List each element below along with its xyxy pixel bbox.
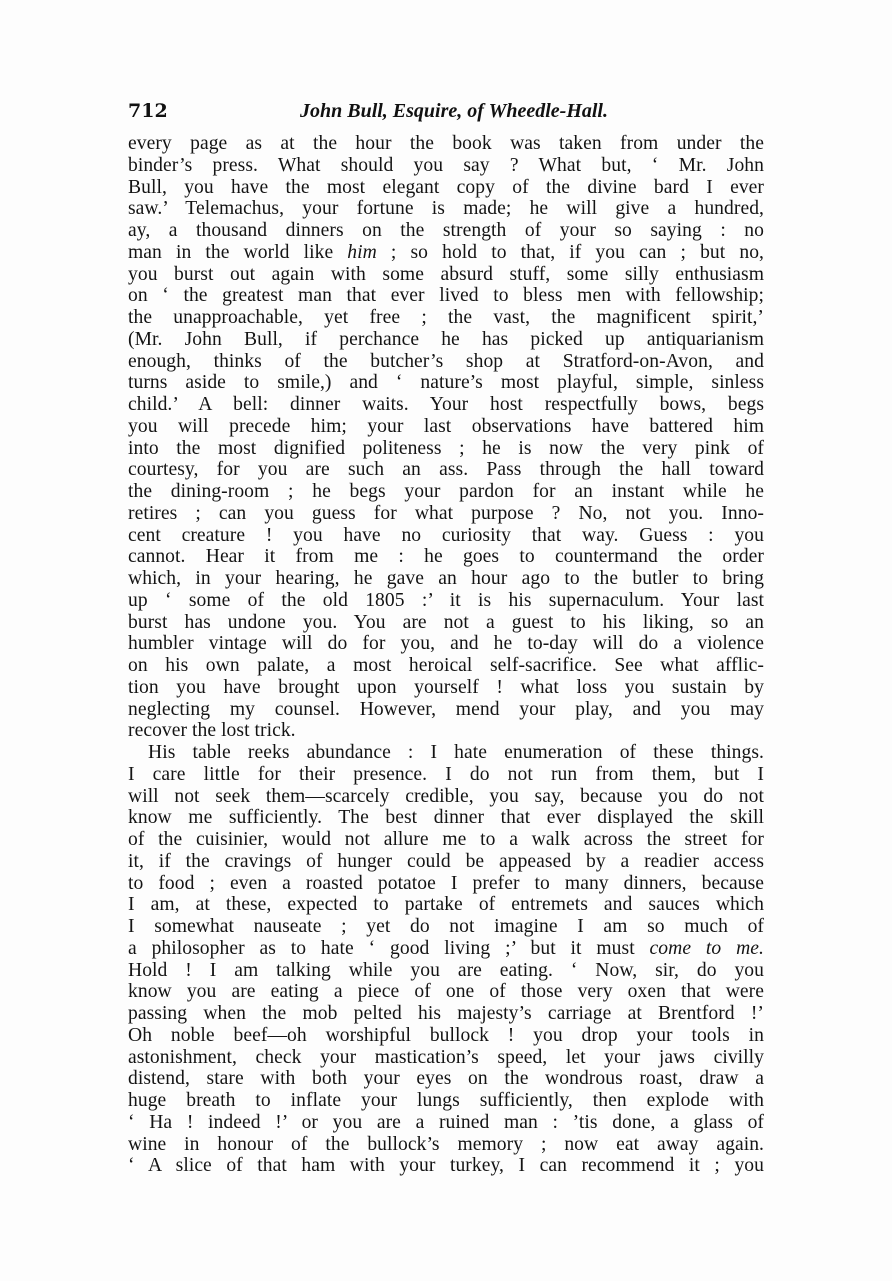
text-line: ‘ A slice of that ham with your turkey, … bbox=[128, 1155, 764, 1177]
text-line: turns aside to smile,) and ‘ nature’s mo… bbox=[128, 372, 764, 394]
text-line: on ‘ the greatest man that ever lived to… bbox=[128, 285, 764, 307]
text-line: neglecting my counsel. However, mend you… bbox=[128, 699, 764, 721]
text-line: humbler vintage will do for you, and he … bbox=[128, 633, 764, 655]
text-line: man in the world like him ; so hold to t… bbox=[128, 242, 764, 264]
text-line: huge breath to inflate your lungs suffic… bbox=[128, 1090, 764, 1112]
text-line: up ‘ some of the old 1805 :’ it is his s… bbox=[128, 590, 764, 612]
text-line: ay, a thousand dinners on the strength o… bbox=[128, 220, 764, 242]
text-line: passing when the mob pelted his majesty’… bbox=[128, 1003, 764, 1025]
text-line: the dining-room ; he begs your pardon fo… bbox=[128, 481, 764, 503]
italic-emphasis: come to me. bbox=[650, 938, 764, 959]
text-line: cannot. Hear it from me : he goes to cou… bbox=[128, 546, 764, 568]
text-line: every page as at the hour the book was t… bbox=[128, 133, 764, 155]
text-line: recover the lost trick. bbox=[128, 720, 764, 742]
text-line: Bull, you have the most elegant copy of … bbox=[128, 177, 764, 199]
text-line: saw.’ Telemachus, your fortune is made; … bbox=[128, 198, 764, 220]
text-line: (Mr. John Bull, if perchance he has pick… bbox=[128, 329, 764, 351]
text-line: you burst out again with some absurd stu… bbox=[128, 264, 764, 286]
text-line: child.’ A bell: dinner waits. Your host … bbox=[128, 394, 764, 416]
text-line: will not seek them—scarcely credible, yo… bbox=[128, 786, 764, 808]
paragraph-1: every page as at the hour the book was t… bbox=[128, 133, 764, 742]
text-line: know you are eating a piece of one of th… bbox=[128, 981, 764, 1003]
text-line: of the cuisinier, would not allure me to… bbox=[128, 829, 764, 851]
text-line: the unapproachable, yet free ; the vast,… bbox=[128, 307, 764, 329]
text-line: you will precede him; your last observat… bbox=[128, 416, 764, 438]
page-body: every page as at the hour the book was t… bbox=[128, 133, 764, 1177]
text-line: burst has undone you. You are not a gues… bbox=[128, 612, 764, 634]
text-line: Hold ! I am talking while you are eating… bbox=[128, 960, 764, 982]
text-line: distend, stare with both your eyes on th… bbox=[128, 1068, 764, 1090]
paragraph-2: His table reeks abundance : I hate enume… bbox=[128, 742, 764, 1177]
text-line: I somewhat nauseate ; yet do not imagine… bbox=[128, 916, 764, 938]
book-page: 712 John Bull, Esquire, of Wheedle-Hall.… bbox=[0, 0, 892, 1281]
text-line: tion you have brought upon yourself ! wh… bbox=[128, 677, 764, 699]
text-line: wine in honour of the bullock’s memory ;… bbox=[128, 1134, 764, 1156]
text-line: binder’s press. What should you say ? Wh… bbox=[128, 155, 764, 177]
text-line: on his own palate, a most heroical self-… bbox=[128, 655, 764, 677]
text-line: to food ; even a roasted potatoe I prefe… bbox=[128, 873, 764, 895]
text-line: ‘ Ha ! indeed !’ or you are a ruined man… bbox=[128, 1112, 764, 1134]
text-line: astonishment, check your mastication’s s… bbox=[128, 1047, 764, 1069]
text-line: I care little for their presence. I do n… bbox=[128, 764, 764, 786]
text-line: retires ; can you guess for what purpose… bbox=[128, 503, 764, 525]
text-line: cent creature ! you have no curiosity th… bbox=[128, 525, 764, 547]
text-line: a philosopher as to hate ‘ good living ;… bbox=[128, 938, 764, 960]
text-line: enough, thinks of the butcher’s shop at … bbox=[128, 351, 764, 373]
italic-emphasis: him bbox=[347, 242, 377, 263]
page-header: 712 John Bull, Esquire, of Wheedle-Hall. bbox=[128, 100, 764, 126]
text-line: know me sufficiently. The best dinner th… bbox=[128, 807, 764, 829]
text-line: His table reeks abundance : I hate enume… bbox=[128, 742, 764, 764]
text-line: courtesy, for you are such an ass. Pass … bbox=[128, 459, 764, 481]
text-line: into the most dignified politeness ; he … bbox=[128, 438, 764, 460]
text-line: I am, at these, expected to partake of e… bbox=[128, 894, 764, 916]
text-line: it, if the cravings of hunger could be a… bbox=[128, 851, 764, 873]
text-line: Oh noble beef—oh worshipful bullock ! yo… bbox=[128, 1025, 764, 1047]
text-line: which, in your hearing, he gave an hour … bbox=[128, 568, 764, 590]
running-title: John Bull, Esquire, of Wheedle-Hall. bbox=[128, 100, 764, 123]
